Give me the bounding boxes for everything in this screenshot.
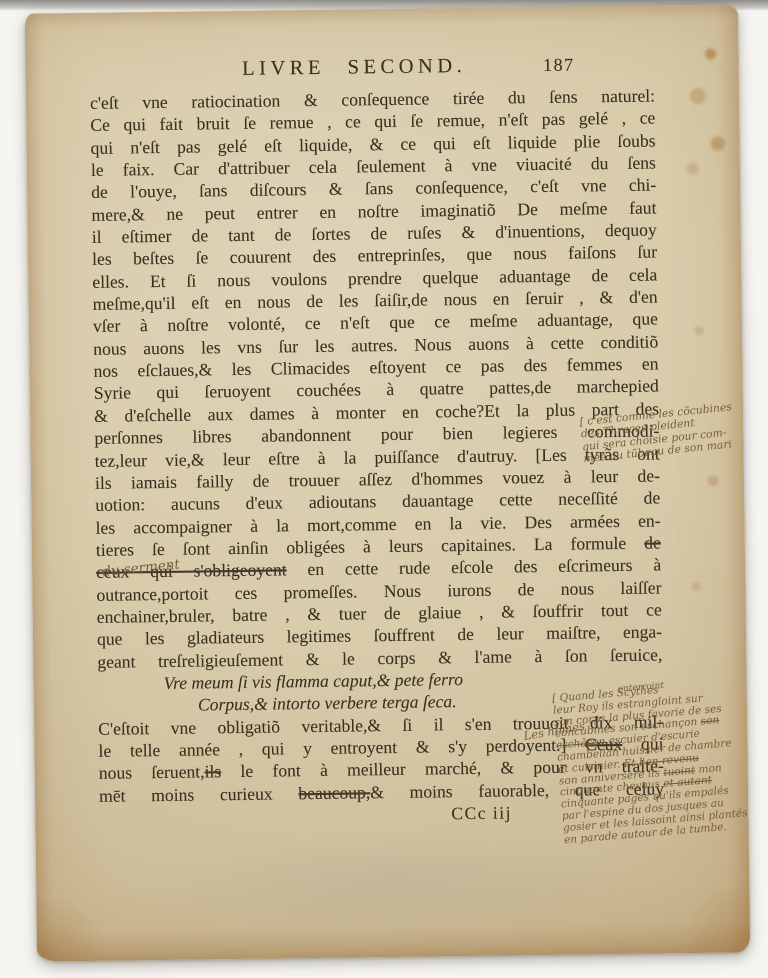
running-header: LIVRE SECOND. (242, 55, 466, 81)
struck-text: de (644, 532, 661, 552)
text-segment: Vre meum ſi vis flamma caput,& pete ferr… (163, 669, 463, 693)
struck-text: ils (204, 762, 221, 782)
text-segment: en cette rude eſcole des eſcrimeurs à (286, 555, 661, 580)
book-page: LIVRE SECOND. 187 c'eſt vne ratiocinatio… (25, 4, 750, 961)
foxing-stain (669, 305, 733, 626)
struck-text: son (700, 715, 720, 729)
text-segment: nous ſeruent, (99, 762, 205, 783)
text-segment: mēt moins curieux (99, 783, 299, 806)
marginal-note-bottom: [ Quand les Scythesleur Roy ils estrangl… (552, 673, 750, 847)
text-segment: Corpus,& intorto verbere terga ſeca. (198, 691, 457, 714)
struck-text: beaucoup, (298, 782, 370, 803)
foxing-stain (673, 42, 735, 183)
page-number: 187 (543, 55, 575, 76)
corner-stain (676, 884, 750, 955)
paper-edge-shading (25, 13, 55, 961)
corner-stain (25, 898, 115, 962)
